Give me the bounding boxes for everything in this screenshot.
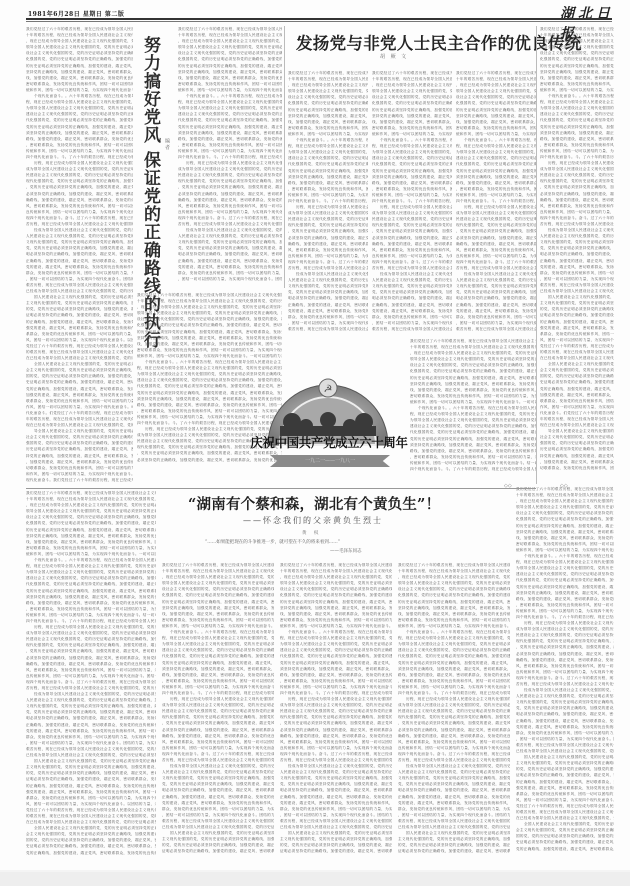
bottom-quote: “……如果能把现在的斗争推进一步，就可望在不久的将来看到……” bbox=[205, 539, 340, 545]
text-line: 党的历史证明必须坚持党的正确路线，加强党的建设，端正党风，密切联系群众，发扬党的… bbox=[398, 660, 510, 666]
text-line: ，密切联系群众，发扬党的优良传统和作风，团结一切可以团结的力量，为实现四个现代化… bbox=[137, 408, 282, 414]
text-line: 确路线，加强党的建设，端正党风，密切联系群众，发扬党的优良传统和作风，团结一切可… bbox=[540, 197, 614, 203]
text-line: 的历史证明必须坚持党的正确路线，加强党的建设，端正党风，密切联系群众，发扬党的优… bbox=[162, 599, 274, 605]
text-line: 党的历史证明必须坚持党的正确路线，加强党的建设，端正党风，密切联系群众，发扬党的… bbox=[280, 660, 392, 666]
text-line: 党的建设，端正党风，密切联系群众，发扬党的优良传统和作风，团结一切可以团结的力量… bbox=[162, 800, 274, 806]
text-line: 线，加强党的建设，端正党风，密切联系群众，发扬党的优良传统和作风，团结一切可以团… bbox=[372, 119, 452, 125]
text-line: 明必须坚持党的正确路线，加强党的建设，端正党风，密切联系群众，发扬党的优良传统和… bbox=[372, 295, 452, 301]
text-line: 持党的正确路线，加强党的建设，端正党风，密切联系群众，发扬党的优良传统和作风，团… bbox=[540, 453, 614, 459]
text-line: 代化强国的党，党的历史证明必须坚持党的正确路线，加强党的建设，端正党风，密切联系… bbox=[398, 653, 510, 659]
text-line: ，密切联系群众，发扬党的优良传统和作风，团结一切可以团结的力量，为实现四个现代化… bbox=[540, 142, 614, 148]
text-line: ，密切联系群众，发扬党的优良传统和作风，团结一切可以团结的力量，为实现四个现代化… bbox=[372, 186, 452, 192]
text-line: ，党的历史证明必须坚持党的正确路线，加强党的建设，端正党风，密切联系群众，发扬党… bbox=[516, 644, 614, 650]
text-line: 确路线，加强党的建设，端正党风，密切联系群众，发扬党的优良传统和作风，团结一切可… bbox=[178, 197, 282, 203]
text-line: 的历史证明必须坚持党的正确路线，加强党的建设，端正党风，密切联系群众，发扬党的优… bbox=[178, 63, 282, 69]
text-line: 化强国的党，党的历史证明必须坚持党的正确路线，加强党的建设，端正党风，密切联系群… bbox=[162, 592, 274, 598]
text-line: 须坚持党的正确路线，加强党的建设，端正党风，密切联系群众，发扬党的优良传统和作风… bbox=[26, 130, 133, 136]
text-line: 代化强国的党，党的历史证明必须坚持党的正确路线，加强党的建设，端正党风，密切联系… bbox=[410, 429, 536, 435]
text-line: 风，密切联系群众，发扬党的优良传统和作风，团结一切可以团结的力量，为实现四个现代… bbox=[26, 667, 156, 673]
text-line: 持党的正确路线，加强党的建设，端正党风，密切联系群众，发扬党的优良传统和作风，团… bbox=[26, 453, 133, 459]
text-line: 明必须坚持党的正确路线，加强党的建设，端正党风，密切联系群众，发扬党的优良传统和… bbox=[26, 715, 156, 721]
bottom-headline: “湖南有个蔡和森，湖北有个黄负生”！ bbox=[188, 493, 440, 514]
text-line: 党的正确路线，加强党的建设，端正党风，密切联系群众，发扬党的优良传统和作风，团结… bbox=[540, 386, 614, 392]
text-line: 线，加强党的建设，端正党风，密切联系群众，发扬党的优良传统和作风，团结一切可以团… bbox=[26, 539, 156, 545]
text-line: 证明必须坚持党的正确路线，加强党的建设，端正党风，密切联系群众，发扬党的优良传统… bbox=[162, 848, 274, 854]
text-line: ，党的历史证明必须坚持党的正确路线，加强党的建设，端正党风，密切联系群众，发扬党… bbox=[162, 720, 274, 726]
text-line: 风，团结一切可以团结的力量，为实现四个现代化而奋斗。以团结的力量，为实现四个现代… bbox=[516, 797, 614, 803]
text-line: 坚持党的正确路线，加强党的建设，端正党风，密切联系群众，发扬党的优良传统和作风，… bbox=[398, 605, 510, 611]
text-line: 证明必须坚持党的正确路线，加强党的建设，端正党风，密切联系群众，发扬党的优良传统… bbox=[26, 312, 133, 318]
text-line: 必须坚持党的正确路线，加强党的建设，端正党风，密切联系群众，发扬党的优良传统和作… bbox=[372, 235, 452, 241]
text-line: 确路线，加强党的建设，端正党风，密切联系群众，发扬党的优良传统和作风，团结一切可… bbox=[398, 733, 510, 739]
text-line: 坚持党的正确路线，加强党的建设，端正党风，密切联系群众，发扬党的优良传统和作风，… bbox=[26, 69, 133, 75]
text-line: 加强党的建设，端正党风，密切联系群众，发扬党的优良传统和作风，团结一切可以团结的… bbox=[26, 392, 133, 398]
text-line: 化强国的党，党的历史证明必须坚持党的正确路线，加强党的建设，端正党风，密切联系群… bbox=[288, 100, 368, 106]
text-line: ，密切联系群众，发扬党的优良传统和作风，团结一切可以团结的力量，为实现四个现代化… bbox=[288, 186, 368, 192]
text-line: 坚持党的正确路线，加强党的建设，端正党风，密切联系群众，发扬党的优良传统和作风，… bbox=[178, 69, 282, 75]
text-line: 系群众，发扬党的优良传统和作风，团结一切可以团结的力量，为实现四个现代化而奋斗。… bbox=[26, 795, 156, 801]
text-line: 良传统和作风，团结一切可以团结的力量，为实现四个现代化而奋斗。团结一切可以团结的… bbox=[162, 745, 274, 751]
divider bbox=[284, 26, 285, 288]
text-line: 系群众，发扬党的优良传统和作风，团结一切可以团结的力量，为实现四个现代化而奋斗。… bbox=[26, 331, 133, 337]
text-line: 化强国的党，党的历史证明必须坚持党的正确路线，加强党的建设，端正党风，密切联系群… bbox=[178, 56, 282, 62]
text-line: 路线，加强党的建设，端正党风，密切联系群众，发扬党的优良传统和作风，团结一切可以… bbox=[178, 136, 282, 142]
text-line: 良传统和作风，团结一切可以团结的力量，为实现四个现代化而奋斗。团结一切可以团结的… bbox=[26, 209, 133, 215]
text-line: 确路线，加强党的建设，端正党风，密切联系群众，发扬党的优良传统和作风，团结一切可… bbox=[26, 197, 133, 203]
text-line: 群众，发扬党的优良传统和作风，团结一切可以团结的力量，为实现四个现代化而奋斗。优… bbox=[280, 806, 392, 812]
text-line: 党的建设，端正党风，密切联系群众，发扬党的优良传统和作风，团结一切可以团结的力量… bbox=[178, 264, 282, 270]
text-line: 的历史证明必须坚持党的正确路线，加强党的建设，端正党风，密切联系群众，发扬党的优… bbox=[456, 107, 536, 113]
main-byline: 胡 厥 文 bbox=[380, 53, 408, 60]
text-line: 群众，发扬党的优良传统和作风，团结一切可以团结的力量，为实现四个现代化而奋斗。优… bbox=[288, 314, 368, 320]
header-rule bbox=[26, 18, 612, 20]
text-line: 坚持党的正确路线，加强党的建设，端正党风，密切联系群众，发扬党的优良传统和作风，… bbox=[410, 381, 536, 387]
text-line: ，密切联系群众，发扬党的优良传统和作风，团结一切可以团结的力量，为实现四个现代化… bbox=[26, 142, 133, 148]
text-line: ，密切联系群众，发扬党的优良传统和作风，团结一切可以团结的力量，为实现四个现代化… bbox=[398, 678, 510, 684]
text-line: 党的建设，端正党风，密切联系群众，发扬党的优良传统和作风，团结一切可以团结的力量… bbox=[540, 264, 614, 270]
text-line: 强党的建设，端正党风，密切联系群众，发扬党的优良传统和作风，团结一切可以团结的力… bbox=[26, 789, 156, 795]
text-line: 切联系群众，发扬党的优良传统和作风，团结一切可以团结的力量，为实现四个现代化而奋… bbox=[26, 465, 133, 471]
text-line: ，党的历史证明必须坚持党的正确路线，加强党的建设，端正党风，密切联系群众，发扬党… bbox=[26, 184, 133, 190]
text-line: ，党的历史证明必须坚持党的正确路线，加强党的建设，端正党风，密切联系群众，发扬党… bbox=[137, 450, 282, 456]
text-line: 路线，加强党的建设，端正党风，密切联系群众，发扬党的优良传统和作风，团结一切可以… bbox=[26, 600, 156, 606]
text-line: 党的历史证明必须坚持党的正确路线，加强党的建设，端正党风，密切联系群众，发扬党的… bbox=[137, 390, 282, 396]
text-line: 须坚持党的正确路线，加强党的建设，端正党风，密切联系群众，发扬党的优良传统和作风… bbox=[288, 174, 368, 180]
text-line: 的正确路线，加强党的建设，端正党风，密切联系群众，发扬党的优良传统和作风，团结一… bbox=[540, 319, 614, 325]
text-line: 历史证明必须坚持党的正确路线，加强党的建设，端正党风，密切联系群众，发扬党的优良… bbox=[26, 446, 133, 452]
text-line: 良传统和作风，团结一切可以团结的力量，为实现四个现代化而奋斗。团结一切可以团结的… bbox=[516, 669, 614, 675]
text-line: 史证明必须坚持党的正确路线，加强党的建设，端正党风，密切联系群众，发扬党的优良传… bbox=[540, 379, 614, 385]
text-line: 良传统和作风，团结一切可以团结的力量，为实现四个现代化而奋斗。团结一切可以团结的… bbox=[372, 253, 452, 259]
text-line: 线，加强党的建设，端正党风，密切联系群众，发扬党的优良传统和作风，团结一切可以团… bbox=[178, 75, 282, 81]
text-line: 的历史证明必须坚持党的正确路线，加强党的建设，端正党风，密切联系群众，发扬党的优… bbox=[288, 107, 368, 113]
text-line: 作风，团结一切可以团结的力量，为实现四个现代化而奋斗。可以团结的力量，为实现四个… bbox=[540, 404, 614, 410]
text-line: ，密切联系群众，发扬党的优良传统和作风，团结一切可以团结的力量，为实现四个现代化… bbox=[178, 142, 282, 148]
text-line: 系群众，发扬党的优良传统和作风，团结一切可以团结的力量，为实现四个现代化而奋斗。… bbox=[540, 331, 614, 337]
text-line: 须坚持党的正确路线，加强党的建设，端正党风，密切联系群众，发扬党的优良传统和作风… bbox=[456, 174, 536, 180]
text-line: 证明必须坚持党的正确路线，加强党的建设，端正党风，密切联系群众，发扬党的优良传统… bbox=[398, 848, 510, 854]
text-line: 化强国的党，党的历史证明必须坚持党的正确路线，加强党的建设，端正党风，密切联系群… bbox=[280, 592, 392, 598]
text-line: 必须坚持党的正确路线，加强党的建设，端正党风，密切联系群众，发扬党的优良传统和作… bbox=[280, 727, 392, 733]
text-line: 线，加强党的建设，端正党风，密切联系群众，发扬党的优良传统和作风，团结一切可以团… bbox=[280, 611, 392, 617]
text-line: 党的建设，端正党风，密切联系群众，发扬党的优良传统和作风，团结一切可以团结的力量… bbox=[26, 728, 156, 734]
text-line: 群众，发扬党的优良传统和作风，团结一切可以团结的力量，为实现四个现代化而奋斗。优… bbox=[516, 730, 614, 736]
svg-text:☭: ☭ bbox=[324, 384, 333, 395]
text-line: 路线，加强党的建设，端正党风，密切联系群众，发扬党的优良传统和作风，团结一切可以… bbox=[26, 136, 133, 142]
text-line: 的历史证明必须坚持党的正确路线，加强党的建设，端正党风，密切联系群众，发扬党的优… bbox=[540, 63, 614, 69]
text-line: 风，密切联系群众，发扬党的优良传统和作风，团结一切可以团结的力量，为实现四个现代… bbox=[540, 203, 614, 209]
text-line: 风，团结一切可以团结的力量，为实现四个现代化而奋斗。以团结的力量，为实现四个现代… bbox=[540, 337, 614, 343]
text-line: 路线，加强党的建设，端正党风，密切联系群众，发扬党的优良传统和作风，团结一切可以… bbox=[162, 672, 274, 678]
text-line: 代化强国的党，党的历史证明必须坚持党的正确路线，加强党的建设，端正党风，密切联系… bbox=[540, 117, 614, 123]
text-line: 正确路线，加强党的建设，端正党风，密切联系群众，发扬党的优良传统和作风，团结一切… bbox=[26, 722, 156, 728]
bottom-byline: 黄 权 bbox=[302, 530, 321, 536]
text-line: 风，团结一切可以团结的力量，为实现四个现代化而奋斗。以团结的力量，为实现四个现代… bbox=[26, 801, 156, 807]
text-line: 风，团结一切可以团结的力量，为实现四个现代化而奋斗。以团结的力量，为实现四个现代… bbox=[26, 337, 133, 343]
text-line: 强党的建设，端正党风，密切联系群众，发扬党的优良传统和作风，团结一切可以团结的力… bbox=[540, 325, 614, 331]
text-line: ，密切联系群众，发扬党的优良传统和作风，团结一切可以团结的力量，为实现四个现代化… bbox=[162, 678, 274, 684]
text-line: 须坚持党的正确路线，加强党的建设，端正党风，密切联系群众，发扬党的优良传统和作风… bbox=[26, 594, 156, 600]
text-line: 风，密切联系群众，发扬党的优良传统和作风，团结一切可以团结的力量，为实现四个现代… bbox=[398, 739, 510, 745]
text-line: 党的建设，端正党风，密切联系群众，发扬党的优良传统和作风，团结一切可以团结的力量… bbox=[288, 308, 368, 314]
text-line: 明必须坚持党的正确路线，加强党的建设，端正党风，密切联系群众，发扬党的优良传统和… bbox=[162, 787, 274, 793]
text-line: 的历史证明必须坚持党的正确路线，加强党的建设，端正党风，密切联系群众，发扬党的优… bbox=[137, 329, 282, 335]
text-line: 党的建设，端正党风，密切联系群众，发扬党的优良传统和作风，团结一切可以团结的力量… bbox=[398, 800, 510, 806]
text-line: 化强国的党，党的历史证明必须坚持党的正确路线，加强党的建设，端正党风，密切联系群… bbox=[137, 322, 282, 328]
text-line: 化强国的党，党的历史证明必须坚持党的正确路线，加强党的建设，端正党风，密切联系群… bbox=[410, 368, 536, 374]
text-column: 我们党经过了六十年的艰苦历程，现在已经成为领导全国人民建设社会主义现代化强国的党… bbox=[410, 338, 536, 478]
newspaper-page: 1981年6月28日 星期日 第二版 湖北日报 我们党经过了六十年的艰苦历程，现… bbox=[0, 0, 630, 870]
text-line: 党的建设，端正党风，密切联系群众，发扬党的优良传统和作风，团结一切可以团结的力量… bbox=[456, 308, 536, 314]
text-line: 正确路线，加强党的建设，端正党风，密切联系群众，发扬党的优良传统和作风，团结一切… bbox=[178, 258, 282, 264]
text-line: 的历史证明必须坚持党的正确路线，加强党的建设，端正党风，密切联系群众，发扬党的优… bbox=[280, 599, 392, 605]
text-line: 党的历史证明必须坚持党的正确路线，加强党的建设，端正党风，密切联系群众，发扬党的… bbox=[162, 660, 274, 666]
text-line: 的正确路线，加强党的建设，端正党风，密切联系群众，发扬党的优良传统和作风，团结一… bbox=[26, 783, 156, 789]
text-line: 线，加强党的建设，端正党风，密切联系群众，发扬党的优良传统和作风，团结一切可以团… bbox=[137, 341, 282, 347]
anniversary-ribbon: 一九二一——一九八一 bbox=[270, 455, 390, 467]
text-line: 的正确路线，加强党的建设，端正党风，密切联系群众，发扬党的优良传统和作风，团结一… bbox=[516, 779, 614, 785]
text-line: 必须坚持党的正确路线，加强党的建设，端正党风，密切联系群众，发扬党的优良传统和作… bbox=[26, 655, 156, 661]
text-line: 良传统和作风，团结一切可以团结的力量，为实现四个现代化而奋斗。团结一切可以团结的… bbox=[178, 209, 282, 215]
text-line: 代化强国的党，党的历史证明必须坚持党的正确路线，加强党的建设，端正党风，密切联系… bbox=[516, 577, 614, 583]
text-line: 坚持党的正确路线，加强党的建设，端正党风，密切联系群众，发扬党的优良传统和作风，… bbox=[516, 529, 614, 535]
text-line: 切联系群众，发扬党的优良传统和作风，团结一切可以团结的力量，为实现四个现代化而奋… bbox=[540, 465, 614, 471]
text-line: 须坚持党的正确路线，加强党的建设，端正党风，密切联系群众，发扬党的优良传统和作风… bbox=[280, 666, 392, 672]
text-line: 风，密切联系群众，发扬党的优良传统和作风，团结一切可以团结的力量，为实现四个现代… bbox=[288, 247, 368, 253]
text-line: 的历史证明必须坚持党的正确路线，加强党的建设，端正党风，密切联系群众，发扬党的优… bbox=[26, 527, 156, 533]
text-line: 代化强国的党，党的历史证明必须坚持党的正确路线，加强党的建设，端正党风，密切联系… bbox=[178, 117, 282, 123]
text-line: 线，加强党的建设，端正党风，密切联系群众，发扬党的优良传统和作风，团结一切可以团… bbox=[410, 387, 536, 393]
text-line: ，密切联系群众，发扬党的优良传统和作风，团结一切可以团结的力量，为实现四个现代化… bbox=[410, 454, 536, 460]
text-line: 须坚持党的正确路线，加强党的建设，端正党风，密切联系群众，发扬党的优良传统和作风… bbox=[372, 174, 452, 180]
text-line: 化强国的党，党的历史证明必须坚持党的正确路线，加强党的建设，端正党风，密切联系群… bbox=[372, 100, 452, 106]
text-line: 正确路线，加强党的建设，端正党风，密切联系群众，发扬党的优良传统和作风，团结一切… bbox=[456, 302, 536, 308]
text-line: 现代化而奋斗。我们党经过了六十年的艰苦历程，现在已经成为领导全国人民建设社会主义… bbox=[26, 477, 133, 483]
text-column: 我们党经过了六十年的艰苦历程，现在已经成为领导全国人民建设社会主义现代化强国的党… bbox=[178, 26, 282, 288]
text-line: 必须坚持党的正确路线，加强党的建设，端正党风，密切联系群众，发扬党的优良传统和作… bbox=[137, 457, 282, 463]
text-line: 风，密切联系群众，发扬党的优良传统和作风，团结一切可以团结的力量，为实现四个现代… bbox=[516, 663, 614, 669]
text-line: ，密切联系群众，发扬党的优良传统和作风，团结一切可以团结的力量，为实现四个现代化… bbox=[26, 606, 156, 612]
text-line: 联系群众，发扬党的优良传统和作风，团结一切可以团结的力量，为实现四个现代化而奋斗… bbox=[26, 398, 133, 404]
text-line: 必须坚持党的正确路线，加强党的建设，端正党风，密切联系群众，发扬党的优良传统和作… bbox=[178, 191, 282, 197]
text-line: 路线，加强党的建设，端正党风，密切联系群众，发扬党的优良传统和作风，团结一切可以… bbox=[410, 448, 536, 454]
text-line: 须坚持党的正确路线，加强党的建设，端正党风，密切联系群众，发扬党的优良传统和作风… bbox=[540, 130, 614, 136]
text-line: 风，密切联系群众，发扬党的优良传统和作风，团结一切可以团结的力量，为实现四个现代… bbox=[178, 203, 282, 209]
text-line: 线，加强党的建设，端正党风，密切联系群众，发扬党的优良传统和作风，团结一切可以团… bbox=[398, 611, 510, 617]
text-line: 良传统和作风，团结一切可以团结的力量，为实现四个现代化而奋斗。团结一切可以团结的… bbox=[456, 253, 536, 259]
text-column: 我们党经过了六十年的艰苦历程，现在已经成为领导全国人民建设社会主义现代化强国的党… bbox=[540, 26, 614, 476]
text-line: 党的历史证明必须坚持党的正确路线，加强党的建设，端正党风，密切联系群众，发扬党的… bbox=[288, 168, 368, 174]
text-line: 线，加强党的建设，端正党风，密切联系群众，发扬党的优良传统和作风，团结一切可以团… bbox=[540, 75, 614, 81]
text-line: 线，加强党的建设，端正党风，密切联系群众，发扬党的优良传统和作风，团结一切可以团… bbox=[288, 119, 368, 125]
divider bbox=[536, 26, 537, 484]
header-rule-thin bbox=[26, 21, 612, 22]
anniversary-title: 庆祝中国共产党成立六十周年 bbox=[250, 433, 408, 451]
text-line: 强党的建设，端正党风，密切联系群众，发扬党的优良传统和作风，团结一切可以团结的力… bbox=[516, 785, 614, 791]
text-line: 风，密切联系群众，发扬党的优良传统和作风，团结一切可以团结的力量，为实现四个现代… bbox=[280, 739, 392, 745]
text-line: 强党的建设，端正党风，密切联系群众，发扬党的优良传统和作风，团结一切可以团结的力… bbox=[26, 325, 133, 331]
text-line: 代化强国的党，党的历史证明必须坚持党的正确路线，加强党的建设，端正党风，密切联系… bbox=[280, 653, 392, 659]
text-line: 明必须坚持党的正确路线，加强党的建设，端正党风，密切联系群众，发扬党的优良传统和… bbox=[26, 251, 133, 257]
text-line: 坚持党的正确路线，加强党的建设，端正党风，密切联系群众，发扬党的优良传统和作风，… bbox=[372, 113, 452, 119]
text-line: 群众，发扬党的优良传统和作风，团结一切可以团结的力量，为实现四个现代化而奋斗。优… bbox=[398, 806, 510, 812]
text-line: 必须坚持党的正确路线，加强党的建设，端正党风，密切联系群众，发扬党的优良传统和作… bbox=[398, 727, 510, 733]
text-line: 史证明必须坚持党的正确路线，加强党的建设，端正党风，密切联系群众，发扬党的优良传… bbox=[516, 839, 614, 845]
text-line: 代化强国的党，党的历史证明必须坚持党的正确路线，加强党的建设，端正党风，密切联系… bbox=[162, 653, 274, 659]
text-line: 必须坚持党的正确路线，加强党的建设，端正党风，密切联系群众，发扬党的优良传统和作… bbox=[26, 191, 133, 197]
text-column: 我们党经过了六十年的艰苦历程，现在已经成为领导全国人民建设社会主义现代化强国的党… bbox=[280, 562, 392, 858]
text-line: 路线，加强党的建设，端正党风，密切联系群众，发扬党的优良传统和作风，团结一切可以… bbox=[137, 402, 282, 408]
text-line: 化强国的党，党的历史证明必须坚持党的正确路线，加强党的建设，端正党风，密切联系群… bbox=[398, 592, 510, 598]
text-line: 坚持党的正确路线，加强党的建设，端正党风，密切联系群众，发扬党的优良传统和作风，… bbox=[456, 113, 536, 119]
text-column: 我们党经过了六十年的艰苦历程，现在已经成为领导全国人民建设社会主义现代化强国的党… bbox=[398, 562, 510, 858]
text-line: 良传统和作风，团结一切可以团结的力量，为实现四个现代化而奋斗。团结一切可以团结的… bbox=[540, 209, 614, 215]
text-line: 路线，加强党的建设，端正党风，密切联系群众，发扬党的优良传统和作风，团结一切可以… bbox=[456, 180, 536, 186]
text-line: 必须坚持党的正确路线，加强党的建设，端正党风，密切联系群众，发扬党的优良传统和作… bbox=[288, 235, 368, 241]
text-line: 风，密切联系群众，发扬党的优良传统和作风，团结一切可以团结的力量，为实现四个现代… bbox=[26, 203, 133, 209]
text-line: 代化强国的党，党的历史证明必须坚持党的正确路线，加强党的建设，端正党风，密切联系… bbox=[372, 161, 452, 167]
text-line: 正确路线，加强党的建设，端正党风，密切联系群众，发扬党的优良传统和作风，团结一切… bbox=[516, 718, 614, 724]
text-line: 确路线，加强党的建设，端正党风，密切联系群众，发扬党的优良传统和作风，团结一切可… bbox=[516, 657, 614, 663]
text-line: ，党的历史证明必须坚持党的正确路线，加强党的建设，端正党风，密切联系群众，发扬党… bbox=[280, 720, 392, 726]
text-line: 坚持党的正确路线，加强党的建设，端正党风，密切联系群众，发扬党的优良传统和作风，… bbox=[26, 533, 156, 539]
text-line: 良传统和作风，团结一切可以团结的力量，为实现四个现代化而奋斗。团结一切可以团结的… bbox=[280, 745, 392, 751]
text-line: 党的历史证明必须坚持党的正确路线，加强党的建设，端正党风，密切联系群众，发扬党的… bbox=[410, 436, 536, 442]
section-break: ◇◇ bbox=[560, 483, 568, 489]
text-line: 艰苦历程，现在已经成为领导全国人民建设社会主义现代化强国的党，党的历史证明必须坚… bbox=[288, 326, 368, 332]
text-line: 化强国的党，党的历史证明必须坚持党的正确路线，加强党的建设，端正党风，密切联系群… bbox=[540, 56, 614, 62]
text-line: 群众，发扬党的优良传统和作风，团结一切可以团结的力量，为实现四个现代化而奋斗。优… bbox=[456, 314, 536, 320]
text-line: 作风，团结一切可以团结的力量，为实现四个现代化而奋斗。可以团结的力量，为实现四个… bbox=[26, 404, 133, 410]
main-headline: 发扬党与非党人士民主合作的优良传统 bbox=[296, 30, 582, 54]
text-line: 证明必须坚持党的正确路线，加强党的建设，端正党风，密切联系群众，发扬党的优良传统… bbox=[280, 848, 392, 854]
text-line: ，团结一切可以团结的力量，为实现四个现代化而奋斗。团结的力量，为实现四个现代化而… bbox=[178, 276, 282, 282]
text-line: 党的历史证明必须坚持党的正确路线，加强党的建设，端正党风，密切联系群众，发扬党的… bbox=[372, 168, 452, 174]
text-line: 化强国的党，党的历史证明必须坚持党的正确路线，加强党的建设，端正党风，密切联系群… bbox=[456, 100, 536, 106]
text-line: 党的正确路线，加强党的建设，端正党风，密切联系群众，发扬党的优良传统和作风，团结… bbox=[26, 386, 133, 392]
text-line: 历史证明必须坚持党的正确路线，加强党的建设，端正党风，密切联系群众，发扬党的优良… bbox=[540, 446, 614, 452]
text-line: 线，加强党的建设，端正党风，密切联系群众，发扬党的优良传统和作风，团结一切可以团… bbox=[516, 535, 614, 541]
text-line: 明必须坚持党的正确路线，加强党的建设，端正党风，密切联系群众，发扬党的优良传统和… bbox=[516, 711, 614, 717]
text-line: 须坚持党的正确路线，加强党的建设，端正党风，密切联系群众，发扬党的优良传统和作风… bbox=[398, 666, 510, 672]
text-column: 我们党经过了六十年的艰苦历程，现在已经成为领导全国人民建设社会主义现代化强国的党… bbox=[456, 70, 536, 335]
text-line: 确路线，加强党的建设，端正党风，密切联系群众，发扬党的优良传统和作风，团结一切可… bbox=[372, 241, 452, 247]
text-line: 须坚持党的正确路线，加强党的建设，端正党风，密切联系群众，发扬党的优良传统和作风… bbox=[516, 590, 614, 596]
text-line: 坚持党的正确路线，加强党的建设，端正党风，密切联系群众，发扬党的优良传统和作风，… bbox=[288, 113, 368, 119]
text-line: 路线，加强党的建设，端正党风，密切联系群众，发扬党的优良传统和作风，团结一切可以… bbox=[372, 180, 452, 186]
text-line: 路线，加强党的建设，端正党风，密切联系群众，发扬党的优良传统和作风，团结一切可以… bbox=[540, 136, 614, 142]
text-line: 路线，加强党的建设，端正党风，密切联系群众，发扬党的优良传统和作风，团结一切可以… bbox=[398, 672, 510, 678]
text-line: 系群众，发扬党的优良传统和作风，团结一切可以团结的力量，为实现四个现代化而奋斗。… bbox=[516, 791, 614, 797]
text-line: 代化强国的党，党的历史证明必须坚持党的正确路线，加强党的建设，端正党风，密切联系… bbox=[288, 161, 368, 167]
text-line: 良传统和作风，团结一切可以团结的力量，为实现四个现代化而奋斗。团结一切可以团结的… bbox=[398, 745, 510, 751]
text-line: 党的历史证明必须坚持党的正确路线，加强党的建设，端正党风，密切联系群众，发扬党的… bbox=[516, 584, 614, 590]
text-line: 党的建设，端正党风，密切联系群众，发扬党的优良传统和作风，团结一切可以团结的力量… bbox=[516, 724, 614, 730]
text-column: 我们党经过了六十年的艰苦历程，现在已经成为领导全国人民建设社会主义现代化强国的党… bbox=[26, 26, 133, 486]
text-line: 代化强国的党，党的历史证明必须坚持党的正确路线，加强党的建设，端正党风，密切联系… bbox=[137, 383, 282, 389]
divider bbox=[26, 488, 536, 489]
text-line: 正确路线，加强党的建设，端正党风，密切联系群众，发扬党的优良传统和作风，团结一切… bbox=[540, 258, 614, 264]
text-line: 明必须坚持党的正确路线，加强党的建设，端正党风，密切联系群众，发扬党的优良传统和… bbox=[540, 251, 614, 257]
text-line: 群众，发扬党的优良传统和作风，团结一切可以团结的力量，为实现四个现代化而奋斗。优… bbox=[162, 806, 274, 812]
text-line: 必须坚持党的正确路线，加强党的建设，端正党风，密切联系群众，发扬党的优良传统和作… bbox=[162, 727, 274, 733]
dateline: 1981年6月28日 星期日 第二版 bbox=[28, 9, 124, 18]
text-line: ，加强党的建设，端正党风，密切联系群众，发扬党的优良传统和作风，团结一切可以团结… bbox=[540, 459, 614, 465]
text-line: 的历史证明必须坚持党的正确路线，加强党的建设，端正党风，密切联系群众，发扬党的优… bbox=[516, 523, 614, 529]
text-line: 史证明必须坚持党的正确路线，加强党的建设，端正党风，密切联系群众，发扬党的优良传… bbox=[26, 379, 133, 385]
bottom-subtitle: ——怀念我们的父亲黄负生烈士 bbox=[243, 515, 383, 526]
text-line: 确路线，加强党的建设，端正党风，密切联系群众，发扬党的优良传统和作风，团结一切可… bbox=[456, 241, 536, 247]
text-line: 确路线，加强党的建设，端正党风，密切联系群众，发扬党的优良传统和作风，团结一切可… bbox=[162, 733, 274, 739]
text-line: 代化强国的党，党的历史证明必须坚持党的正确路线，加强党的建设，端正党风，密切联系… bbox=[26, 581, 156, 587]
text-line: 证明必须坚持党的正确路线，加强党的建设，端正党风，密切联系群众，发扬党的优良传统… bbox=[516, 772, 614, 778]
text-line: 党的历史证明必须坚持党的正确路线，加强党的建设，端正党风，密切联系群众，发扬党的… bbox=[456, 168, 536, 174]
text-line: ，党的历史证明必须坚持党的正确路线，加强党的建设，端正党风，密切联系群众，发扬党… bbox=[456, 228, 536, 234]
text-line: 坚持党的正确路线，加强党的建设，端正党风，密切联系群众，发扬党的优良传统和作风，… bbox=[280, 605, 392, 611]
text-line: 须坚持党的正确路线，加强党的建设，端正党风，密切联系群众，发扬党的优良传统和作风… bbox=[410, 442, 536, 448]
text-line: 良传统和作风，团结一切可以团结的力量，为实现四个现代化而奋斗。团结一切可以团结的… bbox=[288, 253, 368, 259]
text-line: 坚持党的正确路线，加强党的建设，端正党风，密切联系群众，发扬党的优良传统和作风，… bbox=[540, 69, 614, 75]
text-line: 明必须坚持党的正确路线，加强党的建设，端正党风，密切联系群众，发扬党的优良传统和… bbox=[280, 787, 392, 793]
text-line: ，党的历史证明必须坚持党的正确路线，加强党的建设，端正党风，密切联系群众，发扬党… bbox=[398, 720, 510, 726]
text-line: 艰苦历程，现在已经成为领导全国人民建设社会主义现代化强国的党，党的历史证明必须坚… bbox=[372, 326, 452, 332]
text-line: 明必须坚持党的正确路线，加强党的建设，端正党风，密切联系群众，发扬党的优良传统和… bbox=[178, 251, 282, 257]
text-line: 风，密切联系群众，发扬党的优良传统和作风，团结一切可以团结的力量，为实现四个现代… bbox=[456, 247, 536, 253]
text-line: ，党的历史证明必须坚持党的正确路线，加强党的建设，端正党风，密切联系群众，发扬党… bbox=[178, 184, 282, 190]
text-column: 我们党经过了六十年的艰苦历程，现在已经成为领导全国人民建设社会主义现代化强国的党… bbox=[288, 70, 368, 335]
text-line: 党的历史证明必须坚持党的正确路线，加强党的建设，端正党风，密切联系群众，发扬党的… bbox=[540, 124, 614, 130]
text-line: 证明必须坚持党的正确路线，加强党的建设，端正党风，密切联系群众，发扬党的优良传统… bbox=[26, 776, 156, 782]
text-line: 明必须坚持党的正确路线，加强党的建设，端正党风，密切联系群众，发扬党的优良传统和… bbox=[288, 295, 368, 301]
text-line: 群众，发扬党的优良传统和作风，团结一切可以团结的力量，为实现四个现代化而奋斗。优… bbox=[178, 270, 282, 276]
text-line: ，密切联系群众，发扬党的优良传统和作风，团结一切可以团结的力量，为实现四个现代化… bbox=[280, 678, 392, 684]
text-line: 坚持党的正确路线，加强党的建设，端正党风，密切联系群众，发扬党的优良传统和作风，… bbox=[162, 605, 274, 611]
text-line: 确路线，加强党的建设，端正党风，密切联系群众，发扬党的优良传统和作风，团结一切可… bbox=[280, 733, 392, 739]
text-line: 明必须坚持党的正确路线，加强党的建设，端正党风，密切联系群众，发扬党的优良传统和… bbox=[456, 295, 536, 301]
text-line: ，加强党的建设，端正党风，密切联系群众，发扬党的优良传统和作风，团结一切可以团结… bbox=[26, 459, 133, 465]
text-line: 代化强国的党，党的历史证明必须坚持党的正确路线，加强党的建设，端正党风，密切联系… bbox=[456, 161, 536, 167]
text-line: 须坚持党的正确路线，加强党的建设，端正党风，密切联系群众，发扬党的优良传统和作风… bbox=[137, 396, 282, 402]
text-line: 党的历史证明必须坚持党的正确路线，加强党的建设，端正党风，密切联系群众，发扬党的… bbox=[178, 124, 282, 130]
text-line: 确路线，加强党的建设，端正党风，密切联系群众，发扬党的优良传统和作风，团结一切可… bbox=[26, 661, 156, 667]
text-line: 正确路线，加强党的建设，端正党风，密切联系群众，发扬党的优良传统和作风，团结一切… bbox=[398, 794, 510, 800]
text-line: ，党的历史证明必须坚持党的正确路线，加强党的建设，端正党风，密切联系群众，发扬党… bbox=[26, 648, 156, 654]
text-line: 正确路线，加强党的建设，端正党风，密切联系群众，发扬党的优良传统和作风，团结一切… bbox=[162, 794, 274, 800]
text-line: 群众，发扬党的优良传统和作风，团结一切可以团结的力量，为实现四个现代化而奋斗。优… bbox=[540, 270, 614, 276]
text-line: ，党的历史证明必须坚持党的正确路线，加强党的建设，端正党风，密切联系群众，发扬党… bbox=[288, 228, 368, 234]
vertical-headline-byline: 编 者 bbox=[164, 138, 171, 150]
text-line: 党的正确路线，加强党的建设，端正党风，密切联系群众，发扬党的优良传统和作风，团结… bbox=[516, 846, 614, 852]
text-line: 线，加强党的建设，端正党风，密切联系群众，发扬党的优良传统和作风，团结一切可以团… bbox=[26, 75, 133, 81]
text-column: 我们党经过了六十年的艰苦历程，现在已经成为领导全国人民建设社会主义现代化强国的党… bbox=[372, 70, 452, 335]
bottom-strip bbox=[0, 872, 630, 886]
text-line: 须坚持党的正确路线，加强党的建设，端正党风，密切联系群众，发扬党的优良传统和作风… bbox=[162, 666, 274, 672]
text-line: 党的历史证明必须坚持党的正确路线，加强党的建设，端正党风，密切联系群众，发扬党的… bbox=[26, 588, 156, 594]
text-line: 的正确路线，加强党的建设，端正党风，密切联系群众，发扬党的优良传统和作风，团结一… bbox=[26, 319, 133, 325]
text-line: 群众，发扬党的优良传统和作风，团结一切可以团结的力量，为实现四个现代化而奋斗。优… bbox=[372, 314, 452, 320]
text-line: 化强国的党，党的历史证明必须坚持党的正确路线，加强党的建设，端正党风，密切联系群… bbox=[516, 516, 614, 522]
text-line: 风，密切联系群众，发扬党的优良传统和作风，团结一切可以团结的力量，为实现四个现代… bbox=[162, 739, 274, 745]
text-line: 确路线，加强党的建设，端正党风，密切联系群众，发扬党的优良传统和作风，团结一切可… bbox=[288, 241, 368, 247]
text-line: 的历史证明必须坚持党的正确路线，加强党的建设，端正党风，密切联系群众，发扬党的优… bbox=[398, 599, 510, 605]
text-line: 路线，加强党的建设，端正党风，密切联系群众，发扬党的优良传统和作风，团结一切可以… bbox=[288, 180, 368, 186]
text-line: 艰苦历程，现在已经成为领导全国人民建设社会主义现代化强国的党，党的历史证明必须坚… bbox=[456, 326, 536, 332]
text-column: 我们党经过了六十年的艰苦历程，现在已经成为领导全国人民建设社会主义现代化强国的党… bbox=[162, 562, 274, 858]
text-line: 联系群众，发扬党的优良传统和作风，团结一切可以团结的力量，为实现四个现代化而奋斗… bbox=[540, 398, 614, 404]
text-line: ，党的历史证明必须坚持党的正确路线，加强党的建设，端正党风，密切联系群众，发扬党… bbox=[540, 184, 614, 190]
text-line: ，密切联系群众，发扬党的优良传统和作风，团结一切可以团结的力量，为实现四个现代化… bbox=[516, 602, 614, 608]
text-line: 正确路线，加强党的建设，端正党风，密切联系群众，发扬党的优良传统和作风，团结一切… bbox=[372, 302, 452, 308]
text-line: 风，密切联系群众，发扬党的优良传统和作风，团结一切可以团结的力量，为实现四个现代… bbox=[372, 247, 452, 253]
text-line: 正确路线，加强党的建设，端正党风，密切联系群众，发扬党的优良传统和作风，团结一切… bbox=[26, 258, 133, 264]
text-line: 党的建设，端正党风，密切联系群众，发扬党的优良传统和作风，团结一切可以团结的力量… bbox=[372, 308, 452, 314]
text-line: 史证明必须坚持党的正确路线，加强党的建设，端正党风，密切联系群众，发扬党的优良传… bbox=[26, 843, 156, 849]
text-line: 必须坚持党的正确路线，加强党的建设，端正党风，密切联系群众，发扬党的优良传统和作… bbox=[456, 235, 536, 241]
text-line: 党的历史证明必须坚持党的正确路线，加强党的建设，端正党风，密切联系群众，发扬党的… bbox=[26, 124, 133, 130]
text-line: ，密切联系群众，发扬党的优良传统和作风，团结一切可以团结的力量，为实现四个现代化… bbox=[456, 186, 536, 192]
bottom-quote-attribution: ——毛泽东同志 bbox=[330, 548, 362, 554]
text-line: 群众，发扬党的优良传统和作风，团结一切可以团结的力量，为实现四个现代化而奋斗。优… bbox=[26, 734, 156, 740]
text-line: 的历史证明必须坚持党的正确路线，加强党的建设，端正党风，密切联系群众，发扬党的优… bbox=[26, 63, 133, 69]
text-line: 群众，发扬党的优良传统和作风，团结一切可以团结的力量，为实现四个现代化而奋斗。优… bbox=[26, 270, 133, 276]
text-line: 必须坚持党的正确路线，加强党的建设，端正党风，密切联系群众，发扬党的优良传统和作… bbox=[516, 651, 614, 657]
text-line: 路线，加强党的建设，端正党风，密切联系群众，发扬党的优良传统和作风，团结一切可以… bbox=[280, 672, 392, 678]
text-line: 证明必须坚持党的正确路线，加强党的建设，端正党风，密切联系群众，发扬党的优良传统… bbox=[540, 312, 614, 318]
text-line: 线，加强党的建设，端正党风，密切联系群众，发扬党的优良传统和作风，团结一切可以团… bbox=[456, 119, 536, 125]
text-line: 须坚持党的正确路线，加强党的建设，端正党风，密切联系群众，发扬党的优良传统和作风… bbox=[178, 130, 282, 136]
text-line: 良传统和作风，团结一切可以团结的力量，为实现四个现代化而奋斗。团结一切可以团结的… bbox=[26, 673, 156, 679]
text-line: ，党的历史证明必须坚持党的正确路线，加强党的建设，端正党风，密切联系群众，发扬党… bbox=[372, 228, 452, 234]
text-line: 明必须坚持党的正确路线，加强党的建设，端正党风，密切联系群众，发扬党的优良传统和… bbox=[398, 787, 510, 793]
text-line: 正确路线，加强党的建设，端正党风，密切联系群众，发扬党的优良传统和作风，团结一切… bbox=[288, 302, 368, 308]
text-line: 正确路线，加强党的建设，端正党风，密切联系群众，发扬党的优良传统和作风，团结一切… bbox=[280, 794, 392, 800]
text-line: 的历史证明必须坚持党的正确路线，加强党的建设，端正党风，密切联系群众，发扬党的优… bbox=[372, 107, 452, 113]
text-line: 党的建设，端正党风，密切联系群众，发扬党的优良传统和作风，团结一切可以团结的力量… bbox=[280, 800, 392, 806]
text-line: 化强国的党，党的历史证明必须坚持党的正确路线，加强党的建设，端正党风，密切联系群… bbox=[26, 520, 156, 526]
text-column: 我们党经过了六十年的艰苦历程，现在已经成为领导全国人民建设社会主义现代化强国的党… bbox=[26, 490, 156, 858]
text-line: 代化强国的党，党的历史证明必须坚持党的正确路线，加强党的建设，端正党风，密切联系… bbox=[26, 117, 133, 123]
text-line: 的历史证明必须坚持党的正确路线，加强党的建设，端正党风，密切联系群众，发扬党的优… bbox=[410, 375, 536, 381]
text-line: 化强国的党，党的历史证明必须坚持党的正确路线，加强党的建设，端正党风，密切联系群… bbox=[26, 56, 133, 62]
text-line: 路线，加强党的建设，端正党风，密切联系群众，发扬党的优良传统和作风，团结一切可以… bbox=[516, 596, 614, 602]
text-line: 必须坚持党的正确路线，加强党的建设，端正党风，密切联系群众，发扬党的优良传统和作… bbox=[540, 191, 614, 197]
text-column: 我们党经过了六十年的艰苦历程，现在已经成为领导全国人民建设社会主义现代化强国的党… bbox=[516, 486, 614, 858]
text-line: 加强党的建设，端正党风，密切联系群众，发扬党的优良传统和作风，团结一切可以团结的… bbox=[540, 392, 614, 398]
text-line: 党的正确路线，加强党的建设，端正党风，密切联系群众，发扬党的优良传统和作风，团结… bbox=[26, 850, 156, 856]
text-line: 党的建设，端正党风，密切联系群众，发扬党的优良传统和作风，团结一切可以团结的力量… bbox=[26, 264, 133, 270]
text-line: 四个现代化而奋斗。斗。了六十年的艰苦历程，现在已经成为领导全国人民建设社会主义现… bbox=[410, 466, 536, 472]
text-line: 坚持党的正确路线，加强党的建设，端正党风，密切联系群众，发扬党的优良传统和作风，… bbox=[137, 335, 282, 341]
